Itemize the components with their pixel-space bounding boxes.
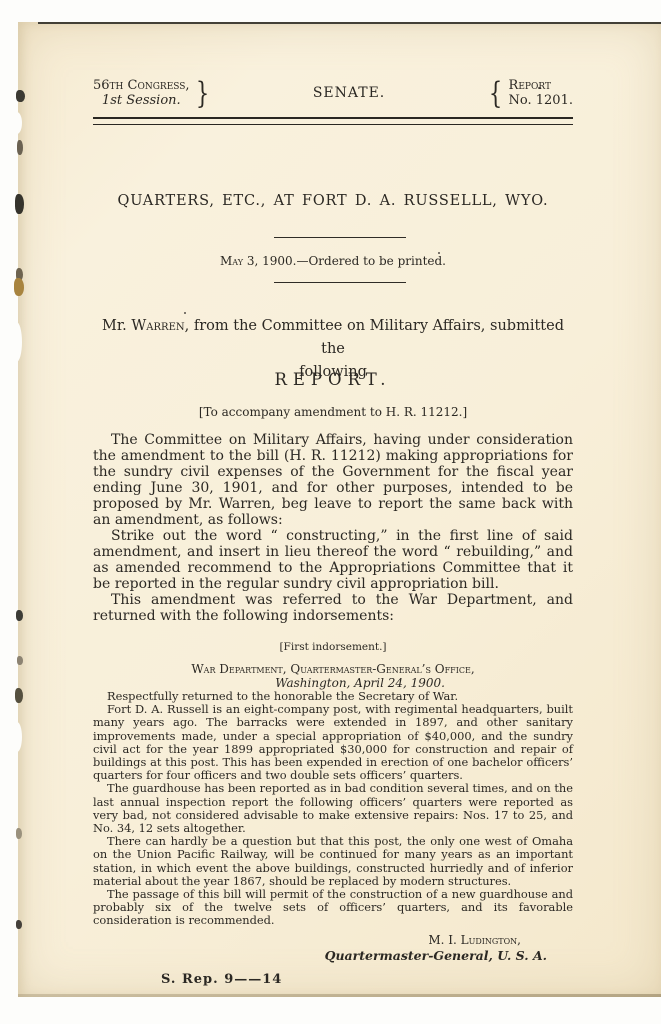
chamber-label: SENATE. — [313, 86, 385, 101]
document-page: 56th Congress, 1st Session. } SENATE. { … — [18, 22, 661, 997]
report-footer-id: S. Rep. 9——14 — [93, 972, 573, 987]
congress-label: 56th Congress, — [93, 78, 190, 93]
report-heading: REPORT. — [93, 370, 573, 389]
signature-name: M. I. Ludington, — [93, 933, 573, 947]
body-paragraph: The Committee on Military Affairs, havin… — [93, 432, 573, 528]
ordered-text: —Ordered to be printed. — [296, 254, 446, 268]
indorsement-paragraph: There can hardly be a question but that … — [93, 835, 573, 888]
place-date-line: Washington, April 24, 1900. — [93, 676, 573, 690]
rule-divider — [274, 282, 406, 283]
indorsement-paragraph: The guardhouse has been reported as in b… — [93, 782, 573, 835]
submission-rest: from the Committee on Military Affairs, … — [189, 318, 564, 357]
signature-title: Quartermaster-General, U. S. A. — [93, 948, 573, 963]
left-brace-glyph: { — [489, 86, 502, 101]
binding-remnant — [16, 90, 25, 102]
paper-stain — [14, 278, 24, 296]
document-body: The Committee on Military Affairs, havin… — [93, 432, 573, 987]
torn-edge-notch — [11, 322, 22, 362]
binding-remnant — [15, 688, 23, 703]
accompany-note: [To accompany amendment to H. R. 11212.] — [93, 405, 573, 419]
body-paragraph: Strike out the word “ constructing,” in … — [93, 528, 573, 592]
torn-edge-notch — [12, 112, 22, 134]
binding-remnant — [17, 140, 23, 155]
congress-session-block: 56th Congress, 1st Session. } — [93, 78, 212, 108]
rule-divider — [274, 237, 406, 238]
right-brace-glyph: } — [195, 86, 208, 101]
report-label: Report — [509, 78, 573, 93]
paper-speck — [184, 312, 186, 314]
binding-remnant — [16, 610, 23, 621]
double-rule-divider — [93, 117, 573, 125]
date-line: May 3, 1900.—Ordered to be printed. — [93, 254, 573, 268]
document-title: QUARTERS, ETC., AT FORT D. A. RUSSELLL, … — [93, 193, 573, 209]
binding-remnant — [17, 656, 23, 665]
indorsement-paragraph: Fort D. A. Russell is an eight-company p… — [93, 703, 573, 782]
indorsement-heading: [First indorsement.] — [93, 641, 573, 653]
binding-remnant — [16, 828, 22, 839]
submission-prefix: Mr. — [102, 318, 131, 334]
indorsement-paragraph: The passage of this bill will permit of … — [93, 888, 573, 928]
senator-name: Warren, — [131, 318, 189, 334]
report-number-block: { Report No. 1201. — [486, 78, 573, 108]
war-department-office-line: War Department, Quartermaster-General’s … — [93, 662, 573, 676]
binding-remnant — [16, 920, 22, 929]
masthead: 56th Congress, 1st Session. } SENATE. { … — [93, 78, 573, 108]
date-text: May 3, 1900. — [220, 254, 296, 268]
session-label: 1st Session. — [93, 93, 190, 108]
binding-remnant — [15, 194, 24, 214]
torn-edge-notch — [12, 722, 22, 752]
body-paragraph: This amendment was referred to the War D… — [93, 592, 573, 624]
report-number: No. 1201. — [509, 93, 573, 108]
